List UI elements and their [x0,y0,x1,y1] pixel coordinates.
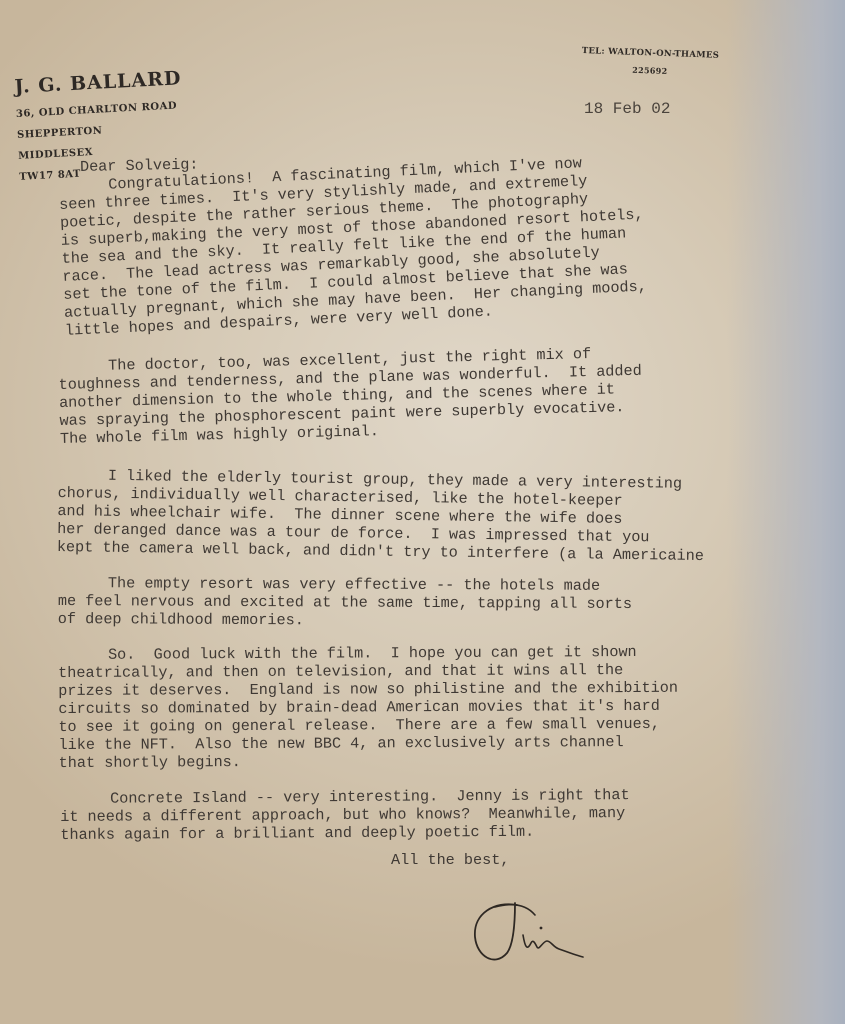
paragraph: So. Good luck with the film. I hope you … [58,642,841,772]
paragraph: I liked the elderly tourist group, they … [57,466,840,567]
sender-name: J. G. BALLARD [14,67,182,98]
text-line: that shortly begins. [59,750,841,772]
paragraph: Concrete Island -- very interesting. Jen… [60,785,840,844]
paragraph: The empty resort was very effective -- t… [58,574,840,632]
signature-icon [465,895,595,975]
paragraph: Congratulations! A fascinating film, whi… [58,143,845,340]
telephone-label: TEL: WALTON-ON-THAMES [582,46,720,61]
letter-date: 18 Feb 02 [584,100,670,118]
telephone-number: 225692 [581,63,719,78]
telephone-block: TEL: WALTON-ON-THAMES 225692 [581,46,719,78]
letter-page: J. G. BALLARD 36, OLD CHARLTON ROAD SHEP… [0,0,845,1024]
text-line: of deep childhood memories. [58,610,840,632]
closing: All the best, [391,851,509,869]
paragraph: The doctor, too, was excellent, just the… [58,339,842,448]
letter-body: Dear Solveig: Congratulations! A fascina… [80,158,840,862]
